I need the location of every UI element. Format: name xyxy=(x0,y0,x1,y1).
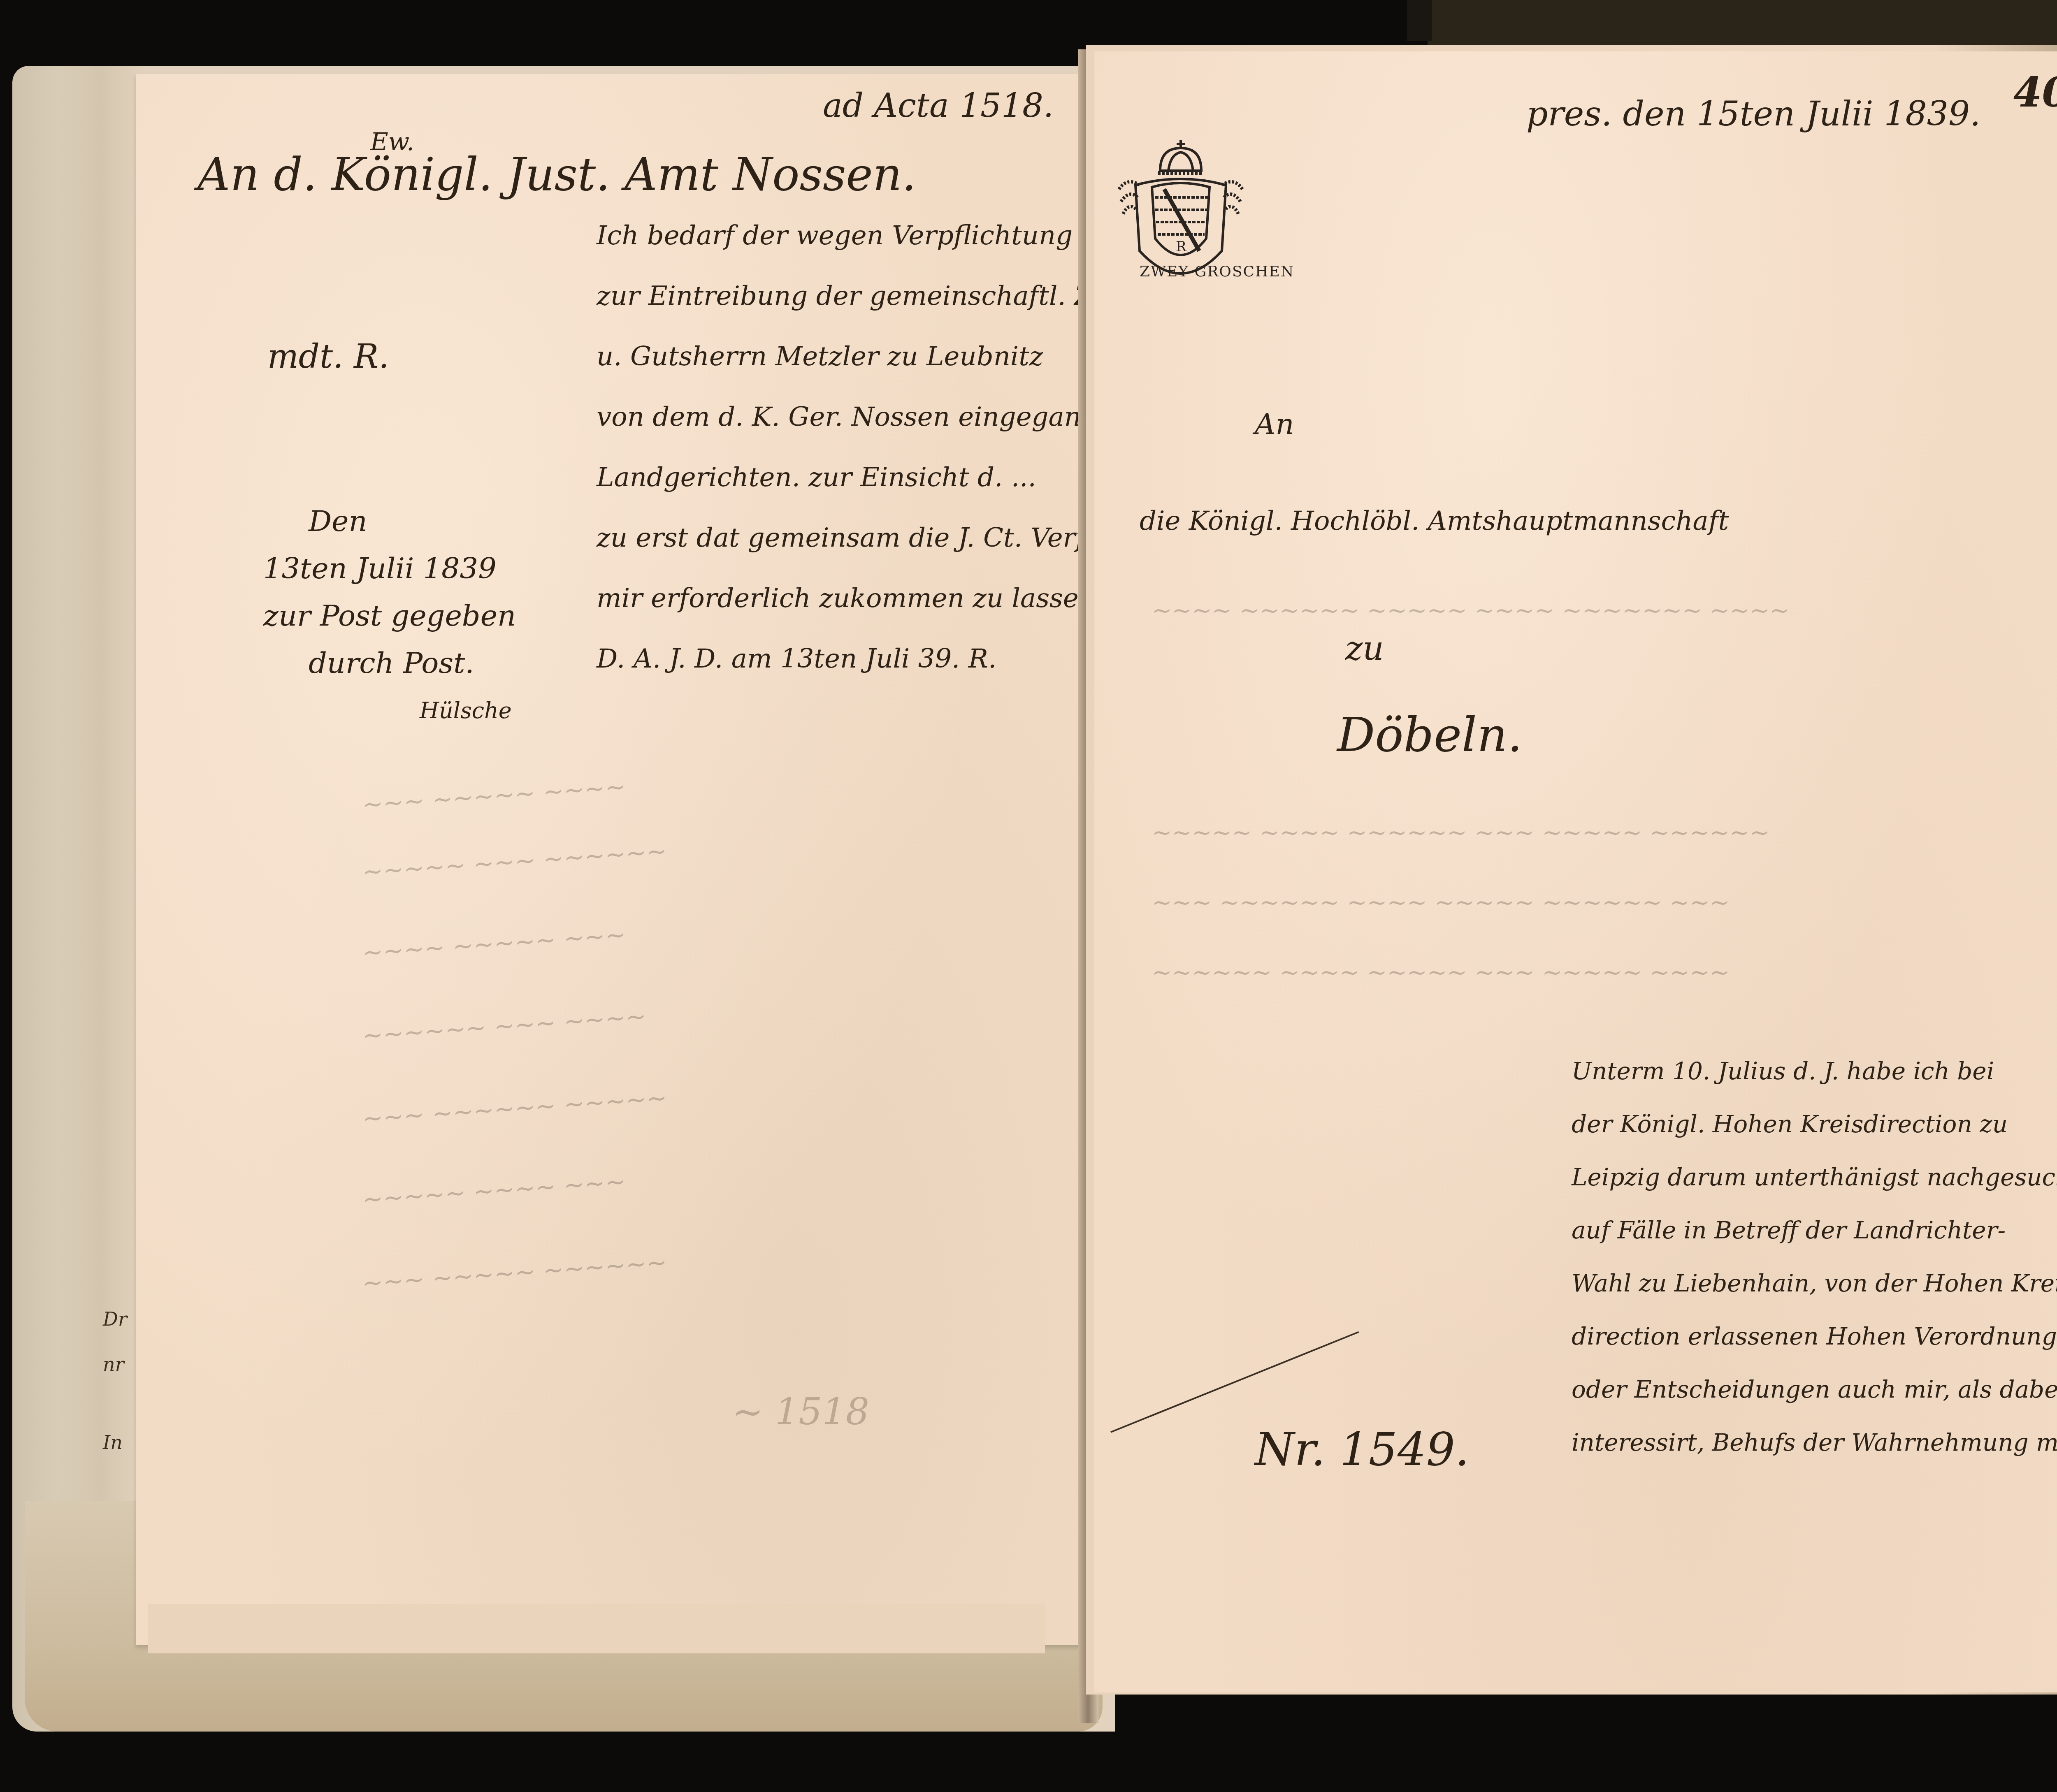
receipt-line: 13ten Julii 1839 xyxy=(263,545,516,592)
addressee-preposition: zu xyxy=(1345,629,1384,668)
margin-fragment: In xyxy=(103,1431,123,1454)
letter-line: Unterm 10. Julius d. J. habe ich bei xyxy=(1572,1045,2057,1098)
stamp-ring-text: ZWEY GROSCHEN xyxy=(1140,263,1294,280)
reference-header: ad Acta 1518. xyxy=(823,86,1054,125)
addressee-line: die Königl. Hochlöbl. Amtshauptmannschaf… xyxy=(1140,506,1729,536)
left-page-underlying-leaf xyxy=(148,1604,1045,1654)
letter-line: der Königl. Hohen Kreisdirection zu xyxy=(1572,1098,2057,1151)
background-divider xyxy=(1407,0,1432,41)
letter-line: Leipzig darum unterthänigst nachgesucht xyxy=(1572,1151,2057,1204)
tax-stamp: R ZWEY GROSCHEN xyxy=(1111,132,1251,304)
registry-number: Nr. 1549. xyxy=(1255,1423,1470,1476)
mandate-note: mdt. R. xyxy=(267,337,389,376)
addressee-city: Döbeln. xyxy=(1337,707,1523,763)
address-heading: An d. Königl. Just. Amt Nossen. xyxy=(197,148,916,201)
margin-fragment: Dr xyxy=(103,1308,127,1330)
letter-line: direction erlassenen Hohen Verordnungen xyxy=(1572,1310,2057,1363)
margin-fragment: nr xyxy=(103,1353,124,1375)
letter-body: Unterm 10. Julius d. J. habe ich bei der… xyxy=(1572,1045,2057,1469)
folio-number: 40. xyxy=(2013,68,2057,116)
presentation-date: pres. den 15ten Julii 1839. xyxy=(1526,95,1980,134)
letter-line: Wahl zu Liebenhain, von der Hohen Kreis- xyxy=(1572,1257,2057,1310)
background-cloth xyxy=(1428,0,2057,45)
receipt-signature: Hülsche xyxy=(263,687,516,734)
receipt-line: durch Post. xyxy=(263,640,516,687)
letter-line: interessirt, Behufs der Wahrnehmung mein… xyxy=(1572,1416,2057,1469)
letter-line: auf Fälle in Betreff der Landrichter- xyxy=(1572,1204,2057,1257)
addressee-salutation: An xyxy=(1255,407,1294,441)
receipt-note: Den 13ten Julii 1839 zur Post gegeben du… xyxy=(263,498,516,734)
receipt-line: Den xyxy=(263,498,516,545)
receipt-line: zur Post gegeben xyxy=(263,592,516,640)
stamp-center-letter: R xyxy=(1176,239,1186,255)
letter-line: oder Entscheidungen auch mir, als dabei xyxy=(1572,1363,2057,1416)
